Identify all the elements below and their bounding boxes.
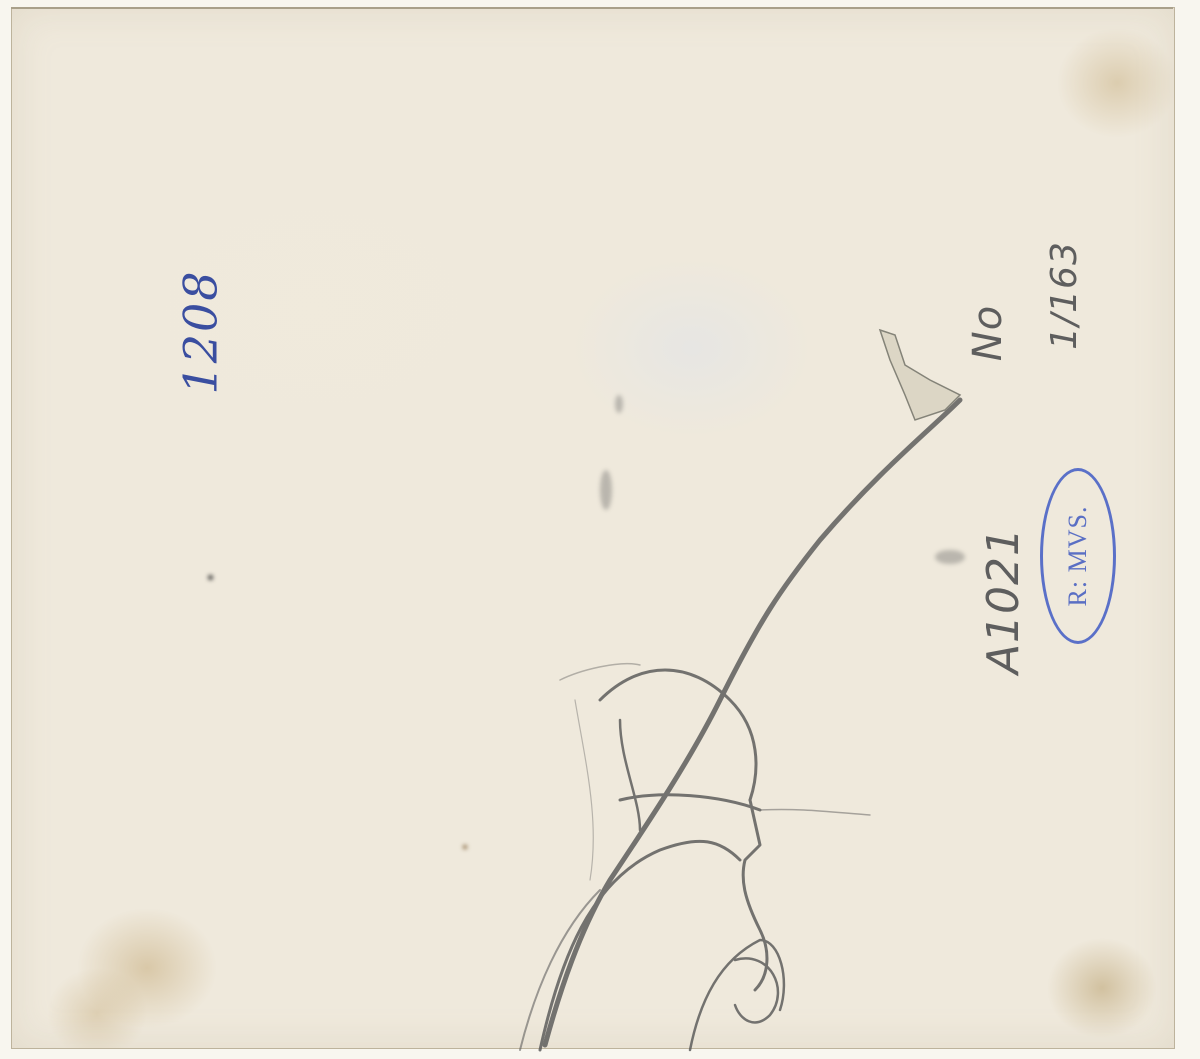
collector-stamp: R: MVS. [1040, 468, 1116, 644]
pencil-smudge [935, 550, 965, 564]
pencil-number-163: 1/163 [1044, 241, 1085, 350]
blue-ink-number: 1208 [174, 269, 228, 394]
pencil-smudge [463, 845, 467, 849]
pencil-smudge [615, 395, 623, 413]
stamp-text: R: MVS. [1063, 506, 1093, 607]
pencil-smudge [600, 470, 612, 510]
pencil-inventory-number: A1021 [978, 527, 1029, 674]
pencil-number-no: No [965, 305, 1011, 361]
pencil-smudge [208, 575, 213, 580]
